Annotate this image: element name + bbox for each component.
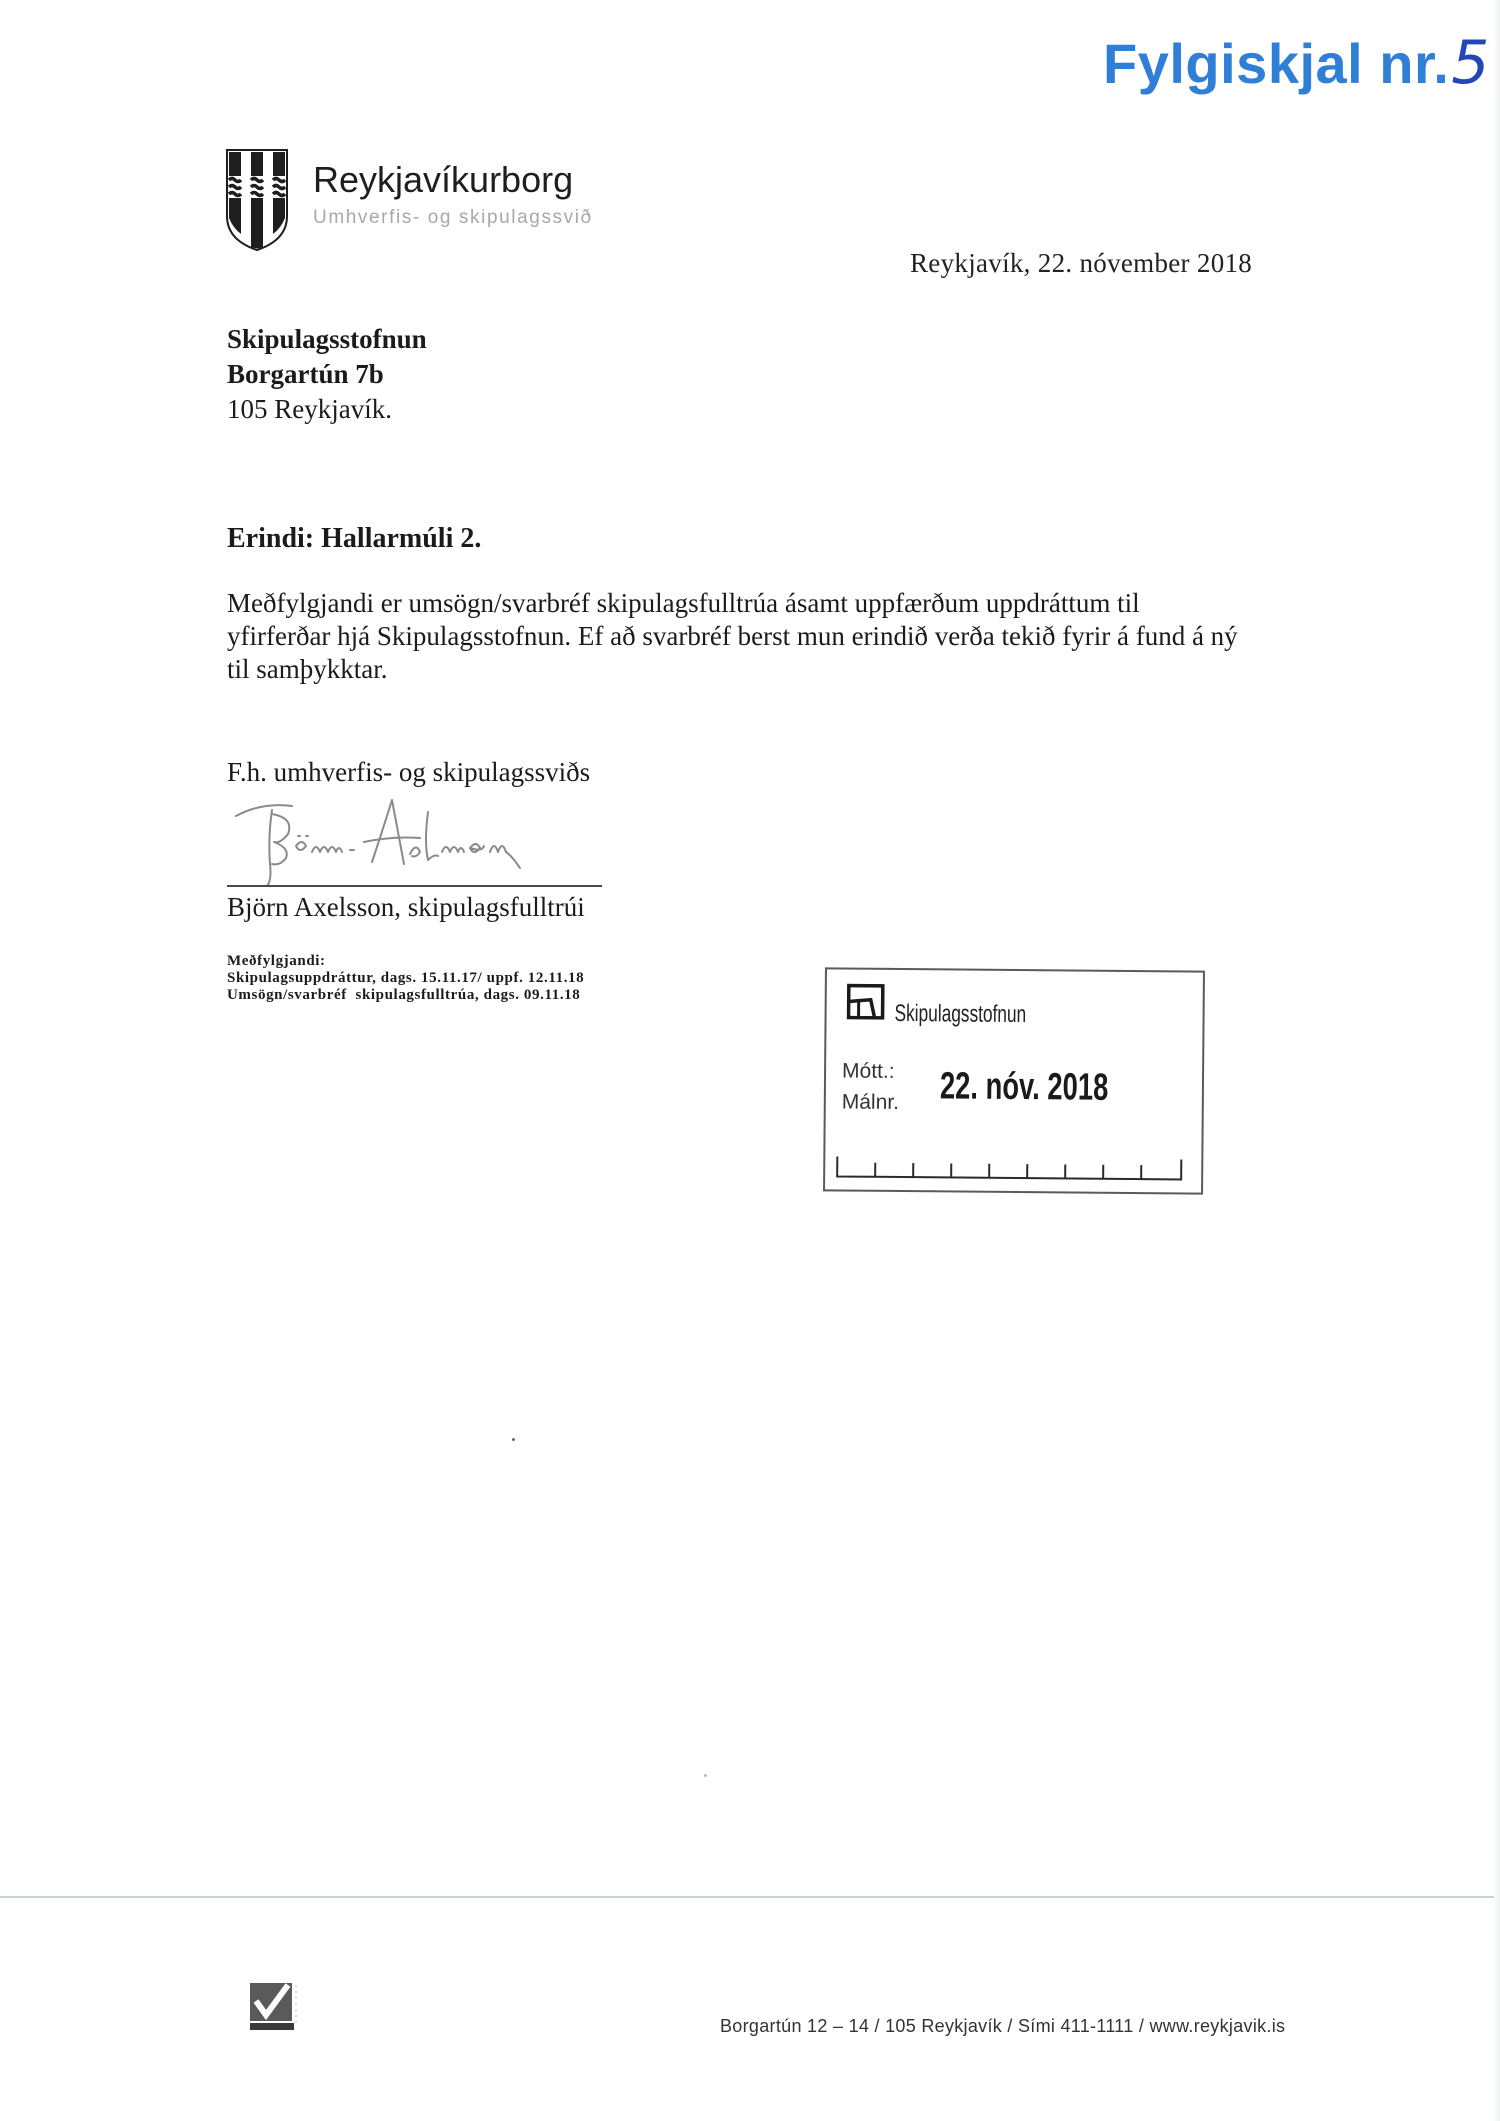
on-behalf-line: F.h. umhverfis- og skipulagssviðs [227,757,590,788]
reykjavik-crest-icon [225,148,289,252]
recipient-name: Skipulagsstofnun [227,322,427,357]
subject-line: Erindi: Hallarmúli 2. [227,523,481,555]
stamp-case-number-ticks [835,1154,1183,1185]
certification-checkmark-icon [246,1975,306,2035]
stamp-org-name: Skipulagsstofnun [894,1000,1026,1029]
recipient-street: Borgartún 7b [227,357,427,392]
body-line: Meðfylgjandi er umsögn/svarbréf skipulag… [227,587,1367,620]
footer-divider [0,1896,1494,1898]
org-name: Reykjavíkurborg [313,159,573,201]
scan-speck [704,1774,707,1777]
footer-address: Borgartún 12 – 14 / 105 Reykjavík / Sími… [720,2016,1285,2037]
stamp-received-label: Mótt.: [842,1059,895,1083]
exhibit-number: 5 [1451,28,1490,98]
enclosure-item: Umsögn/svarbréf skipulagsfulltrúa, dags.… [227,987,584,1004]
exhibit-label: Fylgiskjal nr.5 [1103,28,1490,98]
recipient-city: 105 Reykjavík. [227,392,427,427]
scan-edge-shadow [1494,0,1500,2121]
enclosures-list: Meðfylgjandi: Skipulagsuppdráttur, dags.… [227,953,584,1004]
signer-name: Björn Axelsson, skipulagsfulltrúi [227,892,585,923]
stamp-received-date: 22. nóv. 2018 [940,1065,1109,1109]
letter-body: Meðfylgjandi er umsögn/svarbréf skipulag… [227,587,1367,686]
exhibit-label-text: Fylgiskjal nr. [1103,32,1449,95]
body-line: yfirferðar hjá Skipulagsstofnun. Ef að s… [227,620,1367,653]
org-department: Umhverfis- og skipulagssvið [313,207,593,229]
letter-date: Reykjavík, 22. nóvember 2018 [910,248,1252,279]
handwritten-signature-icon [232,792,592,887]
signature-line [227,885,602,887]
enclosure-item: Skipulagsuppdráttur, dags. 15.11.17/ upp… [227,970,584,987]
body-line: til samþykktar. [227,653,1367,686]
skipulagsstofnun-logo-icon [847,984,885,1020]
received-stamp: Skipulagsstofnun Mótt.: Málnr. 22. nóv. … [823,967,1205,1194]
enclosures-heading: Meðfylgjandi: [227,953,584,970]
recipient-address: Skipulagsstofnun Borgartún 7b 105 Reykja… [227,322,427,427]
scan-speck [512,1438,515,1441]
stamp-case-number-label: Málnr. [842,1090,899,1114]
